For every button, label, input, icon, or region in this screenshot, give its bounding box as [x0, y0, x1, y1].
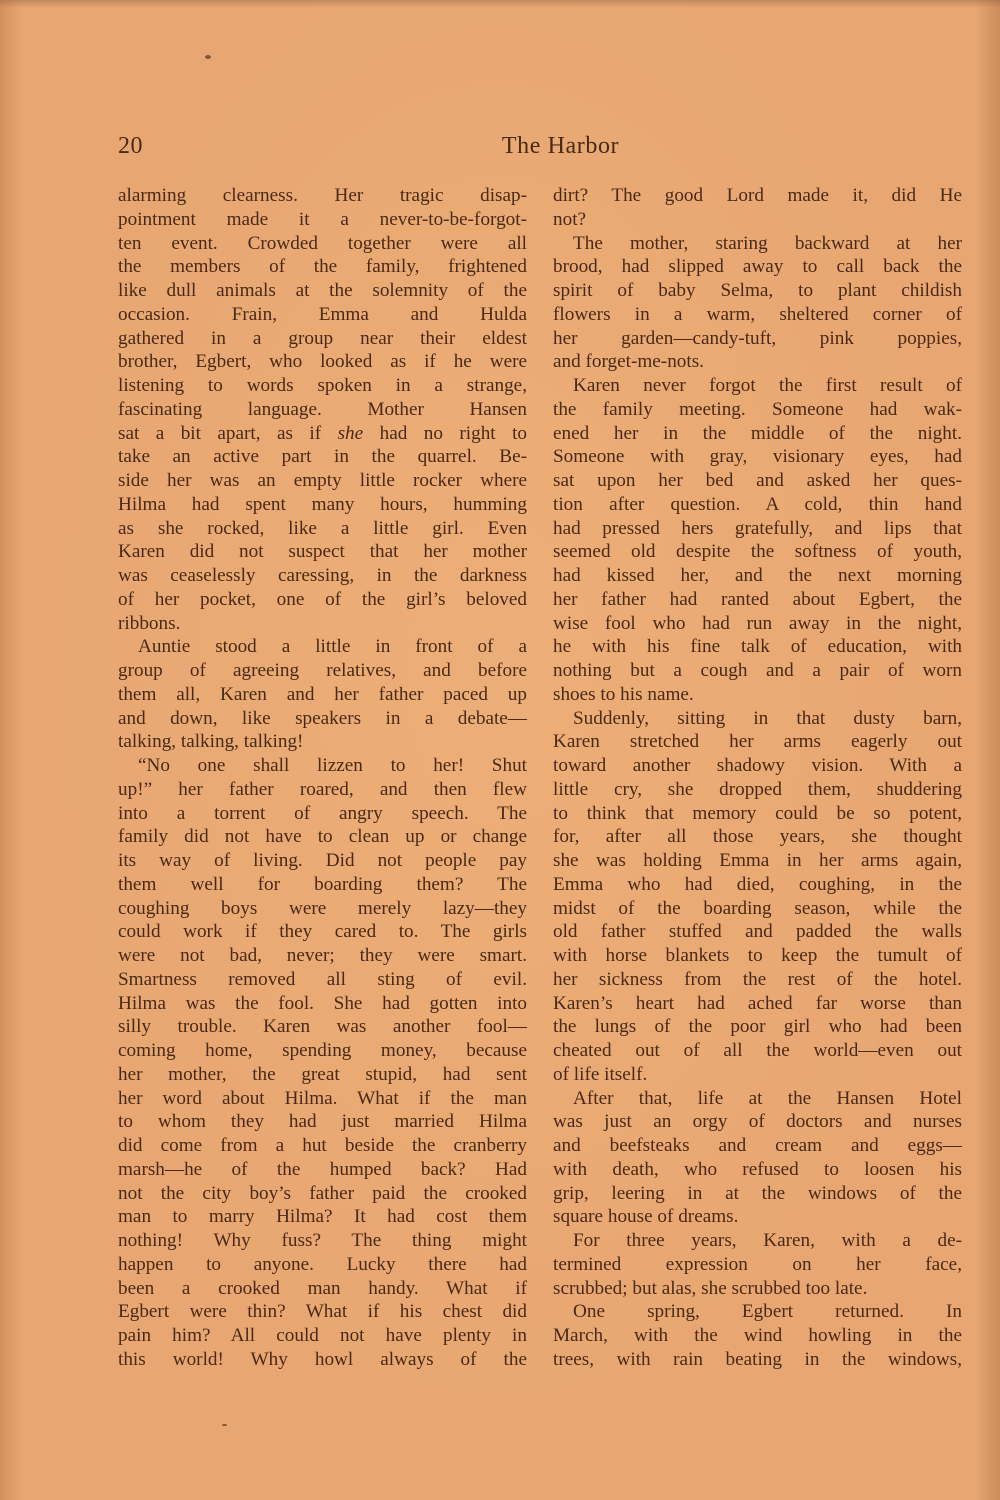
text-line: For three years, Karen, with a de- [553, 1229, 962, 1253]
text-line: Hilma was the fool. She had gotten into [118, 992, 527, 1016]
text-line: Egbert were thin? What if his chest did [118, 1300, 527, 1324]
text-line: man to marry Hilma? It had cost them [118, 1205, 527, 1229]
text-line: dirt? The good Lord made it, did He [553, 184, 962, 208]
text-line: marsh—he of the humped back? Had [118, 1158, 527, 1182]
right-text-column: dirt? The good Lord made it, did Henot?T… [553, 184, 962, 1372]
text-line: her garden—candy-tuft, pink poppies, [553, 327, 962, 351]
text-line: trees, with rain beating in the windows, [553, 1348, 962, 1372]
text-line: her mother, the great stupid, had sent [118, 1063, 527, 1087]
text-line: ribbons. [118, 612, 527, 636]
text-line: was just an orgy of doctors and nurses [553, 1110, 962, 1134]
text-line: with death, who refused to loosen his [553, 1158, 962, 1182]
running-title: The Harbor [118, 133, 963, 160]
text-line: he with his fine talk of education, with [553, 635, 962, 659]
text-line: little cry, she dropped them, shuddering [553, 778, 962, 802]
text-line: side her was an empty little rocker wher… [118, 469, 527, 493]
text-line: Karen did not suspect that her mother [118, 540, 527, 564]
text-line: pain him? All could not have plenty in [118, 1324, 527, 1348]
text-line: take an active part in the quarrel. Be- [118, 445, 527, 469]
text-line: not? [553, 208, 962, 232]
text-line: coughing boys were merely lazy—they [118, 897, 527, 921]
text-line: and forget-me-nots. [553, 350, 962, 374]
emphasized-word: she [338, 423, 364, 444]
text-line: them all, Karen and her father paced up [118, 683, 527, 707]
text-line: toward another shadowy vision. With a [553, 754, 962, 778]
text-line: ten event. Crowded together were all [118, 232, 527, 256]
ink-speck [222, 1424, 227, 1426]
text-line: like dull animals at the solemnity of th… [118, 279, 527, 303]
text-line: to whom they had just married Hilma [118, 1110, 527, 1134]
text-line: with horse blankets to keep the tumult o… [553, 944, 962, 968]
text-line: brood, had slipped away to call back the [553, 255, 962, 279]
running-header: 20 The Harbor [118, 133, 963, 167]
text-line: talking, talking, talking! [118, 730, 527, 754]
text-line: wise fool who had run away in the night, [553, 612, 962, 636]
text-line: nothing! Why fuss? The thing might [118, 1229, 527, 1253]
text-line: as she rocked, like a little girl. Even [118, 517, 527, 541]
text-line: The mother, staring backward at her [553, 232, 962, 256]
text-line: for, after all those years, she thought [553, 825, 962, 849]
text-line: Karen never forgot the first result of [553, 374, 962, 398]
ink-speck [205, 55, 211, 59]
text-line: Suddenly, sitting in that dusty barn, [553, 707, 962, 731]
text-line: her father had ranted about Egbert, the [553, 588, 962, 612]
text-line: termined expression on her face, [553, 1253, 962, 1277]
text-line: shoes to his name. [553, 683, 962, 707]
text-line: them well for boarding them? The [118, 873, 527, 897]
text-line: into a torrent of angry speech. The [118, 802, 527, 826]
text-line: Emma who had died, coughing, in the [553, 873, 962, 897]
text-line: fascinating language. Mother Hansen [118, 398, 527, 422]
text-line: up!” her father roared, and then flew [118, 778, 527, 802]
text-line: her word about Hilma. What if the man [118, 1087, 527, 1111]
text-line: grip, leering in at the windows of the [553, 1182, 962, 1206]
text-line: the members of the family, frightened [118, 255, 527, 279]
text-line: spirit of baby Selma, to plant childish [553, 279, 962, 303]
text-line: group of agreeing relatives, and before [118, 659, 527, 683]
text-line: her sickness from the rest of the hotel. [553, 968, 962, 992]
text-line: “No one shall lizzen to her! Shut [118, 754, 527, 778]
text-line: the lungs of the poor girl who had been [553, 1015, 962, 1039]
text-line: were not bad, never; they were smart. [118, 944, 527, 968]
text-line: pointment made it a never-to-be-forgot- [118, 208, 527, 232]
text-line: square house of dreams. [553, 1205, 962, 1229]
text-line: been a crooked man handy. What if [118, 1277, 527, 1301]
text-line: sat upon her bed and asked her ques- [553, 469, 962, 493]
text-line: happen to anyone. Lucky there had [118, 1253, 527, 1277]
text-line: One spring, Egbert returned. In [553, 1300, 962, 1324]
text-line: midst of the boarding season, while the [553, 897, 962, 921]
text-line: listening to words spoken in a strange, [118, 374, 527, 398]
text-line: old father stuffed and padded the walls [553, 920, 962, 944]
text-line: family did not have to clean up or chang… [118, 825, 527, 849]
text-line: Auntie stood a little in front of a [118, 635, 527, 659]
text-line: silly trouble. Karen was another fool— [118, 1015, 527, 1039]
text-line: of her pocket, one of the girl’s beloved [118, 588, 527, 612]
text-line: Smartness removed all sting of evil. [118, 968, 527, 992]
text-line: and beefsteaks and cream and eggs— [553, 1134, 962, 1158]
text-line: nothing but a cough and a pair of worn [553, 659, 962, 683]
text-line: brother, Egbert, who looked as if he wer… [118, 350, 527, 374]
text-line: had kissed her, and the next morning [553, 564, 962, 588]
text-line: flowers in a warm, sheltered corner of [553, 303, 962, 327]
text-line: Someone with gray, visionary eyes, had [553, 445, 962, 469]
text-line: Hilma had spent many hours, humming [118, 493, 527, 517]
text-line: sat a bit apart, as if she had no right … [118, 422, 527, 446]
text-line: seemed old despite the softness of youth… [553, 540, 962, 564]
book-page: 20 The Harbor alarming clearness. Her tr… [0, 0, 1000, 1500]
text-line: this world! Why howl always of the [118, 1348, 527, 1372]
text-line: After that, life at the Hansen Hotel [553, 1087, 962, 1111]
text-line: was ceaselessly caressing, in the darkne… [118, 564, 527, 588]
text-line: March, with the wind howling in the [553, 1324, 962, 1348]
text-line: coming home, spending money, because [118, 1039, 527, 1063]
text-line: to think that memory could be so potent, [553, 802, 962, 826]
text-line: alarming clearness. Her tragic disap- [118, 184, 527, 208]
text-line: the family meeting. Someone had wak- [553, 398, 962, 422]
text-line: occasion. Frain, Emma and Hulda [118, 303, 527, 327]
text-line: Karen’s heart had ached far worse than [553, 992, 962, 1016]
left-text-column: alarming clearness. Her tragic disap-poi… [118, 184, 527, 1372]
text-line: tion after question. A cold, thin hand [553, 493, 962, 517]
text-line: had pressed hers gratefully, and lips th… [553, 517, 962, 541]
text-line: could work if they cared to. The girls [118, 920, 527, 944]
text-line: not the city boy’s father paid the crook… [118, 1182, 527, 1206]
text-line: did come from a hut beside the cranberry [118, 1134, 527, 1158]
text-line: of life itself. [553, 1063, 962, 1087]
text-line: gathered in a group near their eldest [118, 327, 527, 351]
text-line: cheated out of all the world—even out [553, 1039, 962, 1063]
text-line: she was holding Emma in her arms again, [553, 849, 962, 873]
text-line: and down, like speakers in a debate— [118, 707, 527, 731]
text-line: ened her in the middle of the night. [553, 422, 962, 446]
text-line: Karen stretched her arms eagerly out [553, 730, 962, 754]
text-line: scrubbed; but alas, she scrubbed too lat… [553, 1277, 962, 1301]
text-line: its way of living. Did not people pay [118, 849, 527, 873]
